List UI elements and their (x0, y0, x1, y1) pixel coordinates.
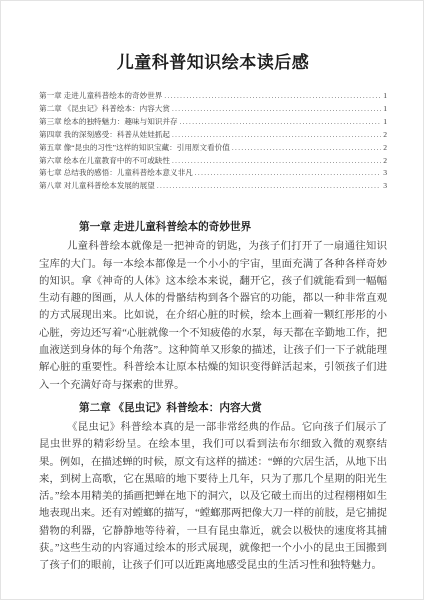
toc-item-label: 第六章 绘本在儿童教育中的不可或缺性 (39, 155, 170, 167)
toc-item[interactable]: 第四章 我的深刻感受：科普从娃娃抓起 2 (39, 129, 387, 142)
toc-item[interactable]: 第六章 绘本在儿童教育中的不可或缺性 2 (39, 155, 387, 168)
toc-item-label: 第八章 对儿童科普绘本发展的展望 (39, 180, 155, 192)
toc-dot-leader (172, 103, 381, 116)
chapter-1-heading: 第一章 走进儿童科普绘本的奇妙世界 (39, 219, 387, 236)
chapter-2-heading: 第二章 《昆虫记》科普绘本：内容大赏 (39, 400, 387, 417)
toc-dot-leader (172, 129, 381, 142)
toc-item-label: 第七章 总结我的感悟：儿童科普绘本意义非凡 (39, 167, 193, 179)
toc-item[interactable]: 第七章 总结我的感悟：儿童科普绘本意义非凡 3 (39, 167, 387, 180)
toc: 第一章 走进儿童科普绘本的奇妙世界 1 第二章 《昆虫记》科普绘本：内容大赏 1… (39, 90, 387, 193)
toc-page-number: 1 (383, 116, 387, 128)
toc-dot-leader (172, 155, 381, 168)
toc-page-number: 1 (383, 90, 387, 102)
chapter-1-paragraph: 儿童科普绘本就像是一把神奇的钥匙，为孩子们打开了一扇通往知识宝库的大门。每一本绘… (39, 238, 387, 394)
toc-dot-leader (195, 167, 381, 180)
toc-page-number: 2 (383, 155, 387, 167)
toc-item[interactable]: 第五章 像“昆虫的习性”这样的知识宝藏：引用原文看价值 2 (39, 142, 387, 155)
chapter-2-paragraph: 《昆虫记》科普绘本真的是一部非常经典的作品。它向孩子们展示了昆虫世界的精彩纷呈。… (39, 419, 387, 575)
toc-page-number: 3 (383, 167, 387, 179)
page-title: 儿童科普知识绘本读后感 (39, 51, 387, 75)
toc-page-number: 3 (383, 180, 387, 192)
toc-item-label: 第五章 像“昆虫的习性”这样的知识宝藏：引用原文看价值 (39, 142, 230, 154)
toc-item[interactable]: 第二章 《昆虫记》科普绘本：内容大赏 1 (39, 103, 387, 116)
toc-item-label: 第一章 走进儿童科普绘本的奇妙世界 (39, 90, 162, 102)
toc-item-label: 第四章 我的深刻感受：科普从娃娃抓起 (39, 129, 170, 141)
toc-item[interactable]: 第三章 绘本的独特魅力：趣味与知识并存 1 (39, 116, 387, 129)
toc-item-label: 第三章 绘本的独特魅力：趣味与知识并存 (39, 116, 178, 128)
toc-item[interactable]: 第八章 对儿童科普绘本发展的展望 3 (39, 180, 387, 193)
toc-dot-leader (164, 90, 381, 103)
document-page: 儿童科普知识绘本读后感 第一章 走进儿童科普绘本的奇妙世界 1 第二章 《昆虫记… (0, 0, 424, 600)
toc-page-number: 2 (383, 142, 387, 154)
toc-page-number: 1 (383, 103, 387, 115)
toc-item[interactable]: 第一章 走进儿童科普绘本的奇妙世界 1 (39, 90, 387, 103)
toc-item-label: 第二章 《昆虫记》科普绘本：内容大赏 (39, 103, 170, 115)
toc-dot-leader (180, 116, 382, 129)
toc-dot-leader (232, 142, 381, 155)
toc-dot-leader (157, 180, 381, 193)
toc-page-number: 2 (383, 129, 387, 141)
